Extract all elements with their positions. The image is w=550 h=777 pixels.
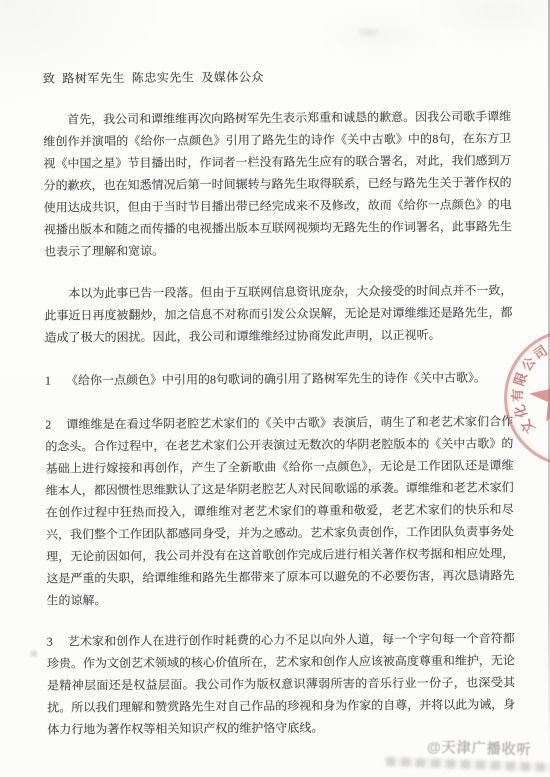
statement-paper: 致 路树军先生 陈忠实先生 及媒体公众 首先，我公司和谭维维再次向路树军先生表示… (0, 0, 550, 777)
item-text: 艺术家和创作人在进行创作时耗费的心力不足以向外人道，每一个字句每一个音符都珍贵。… (47, 631, 515, 736)
paper-smudge (357, 27, 379, 37)
item-number: 3 (47, 635, 53, 649)
item-number: 2 (45, 418, 51, 432)
seal-arc-char: 有 (510, 387, 526, 403)
scanned-statement-photo: 致 路树军先生 陈忠实先生 及媒体公众 首先，我公司和谭维维再次向路树军先生表示… (0, 0, 550, 777)
numbered-item-2: 2谭维维是在看过华阴老腔艺术家们的《关中古歌》表演后，萌生了和老艺术家们合作的念… (45, 410, 514, 611)
numbered-item-1: 1《给你一点颜色》中引用的8句歌词的确引用了路树军先生的诗作《关中古歌》。 (45, 366, 513, 391)
watermark-handle: @天津广播收听 (427, 737, 532, 760)
item-text: 谭维维是在看过华阴老腔艺术家们的《关中古歌》表演后，萌生了和老艺术家们合作的念头… (45, 414, 514, 607)
numbered-item-3: 3艺术家和创作人在进行创作时耗费的心力不足以向外人道，每一个字句每一个音符都珍贵… (47, 627, 516, 740)
statement-body: 致 路树军先生 陈忠实先生 及媒体公众 首先，我公司和谭维维再次向路树军先生表示… (43, 64, 516, 740)
item-text: 《给你一点颜色》中引用的8句歌词的确引用了路树军先生的诗作《关中古歌》。 (66, 371, 486, 388)
item-number: 1 (45, 374, 51, 388)
paragraph-apology: 首先，我公司和谭维维再次向路树军先生表示郑重和诚恳的歉意。因我公司歌手谭维维创作… (43, 105, 512, 262)
paper-smudge (30, 650, 38, 658)
paragraph-clarification: 本以为此事已告一段落。但由于互联网信息资讯庞杂，大众接受的时间点并不一致，此事近… (44, 279, 512, 348)
letter-salutation: 致 路树军先生 陈忠实先生 及媒体公众 (43, 64, 511, 89)
